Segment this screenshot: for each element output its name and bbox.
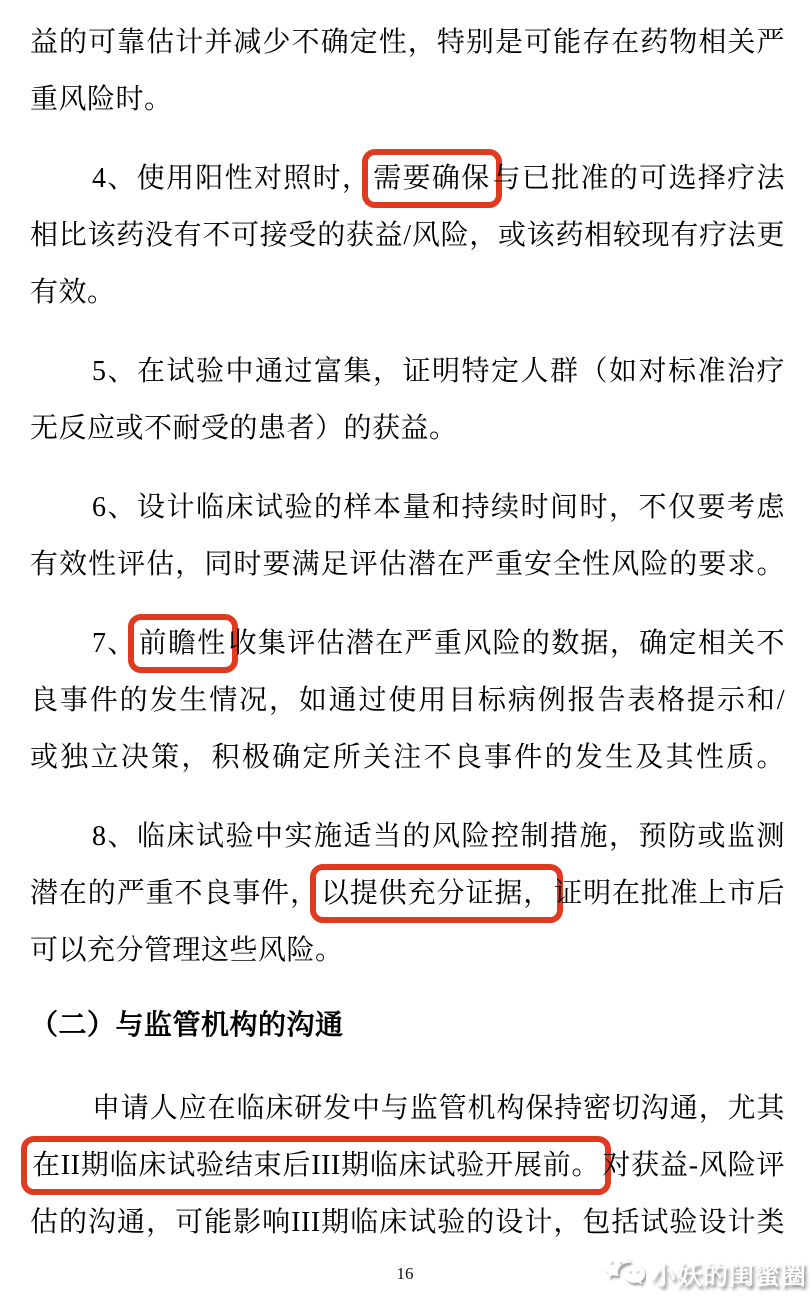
text-segment: 无反应或不耐受的患者）的获益。 bbox=[30, 413, 458, 444]
paragraph: 8、临床试验中实施适当的风险控制措施，预防或监测潜在的严重不良事件，以提供充分证… bbox=[30, 808, 785, 979]
text-segment: 有效性评估，同时要满足评估潜在严重安全性风险的要求。 bbox=[30, 549, 785, 580]
text-line: 或独立决策，积极确定所关注不良事件的发生及其性质。 bbox=[30, 729, 785, 786]
text-line: 有效。 bbox=[30, 264, 785, 321]
text-line: 5、在试验中通过富集，证明特定人群（如对标准治疗 bbox=[30, 343, 785, 400]
highlight-box: 在II期临床试验结束后III期临床试验开展前。 bbox=[21, 1136, 611, 1195]
paragraph: 4、使用阳性对照时，需要确保与已批准的可选择疗法相比该药没有不可接受的获益/风险… bbox=[30, 150, 785, 321]
text-line: 6、设计临床试验的样本量和持续时间时，不仅要考虑 bbox=[30, 479, 785, 536]
text-line: （二）与监管机构的沟通 bbox=[30, 997, 785, 1054]
text-line: 申请人应在临床研发中与监管机构保持密切沟通，尤其 bbox=[30, 1080, 785, 1137]
text-segment: 8、临床试验中实施适当的风险控制措施，预防或监测 bbox=[92, 821, 785, 852]
text-line: 可以充分管理这些风险。 bbox=[30, 922, 785, 979]
watermark-text: 小妖的闺蜜圈 bbox=[651, 1256, 807, 1292]
text-line: 益的可靠估计并减少不确定性，特别是可能存在药物相关严 bbox=[30, 14, 785, 71]
text-line: 良事件的发生情况，如通过使用目标病例报告表格提示和/ bbox=[30, 672, 785, 729]
text-segment: 4、使用阳性对照时， bbox=[92, 163, 371, 194]
text-segment: 益的可靠估计并减少不确定性，特别是可能存在药物相关严 bbox=[30, 27, 785, 58]
text-segment: （二）与监管机构的沟通 bbox=[30, 1010, 344, 1041]
text-line: 相比该药没有不可接受的获益/风险，或该药相较现有疗法更 bbox=[30, 207, 785, 264]
paragraph: 7、前瞻性收集评估潜在严重风险的数据，确定相关不良事件的发生情况，如通过使用目标… bbox=[30, 615, 785, 786]
text-line: 重风险时。 bbox=[30, 71, 785, 128]
paragraph: 益的可靠估计并减少不确定性，特别是可能存在药物相关严重风险时。 bbox=[30, 14, 785, 128]
text-segment: 良事件的发生情况，如通过使用目标病例报告表格提示和/ bbox=[30, 685, 785, 716]
watermark: 小妖的闺蜜圈 bbox=[602, 1252, 807, 1295]
text-segment: 证明在批准上市后 bbox=[554, 878, 785, 909]
text-line: 有效性评估，同时要满足评估潜在严重安全性风险的要求。 bbox=[30, 536, 785, 593]
highlight-box: 前瞻性 bbox=[128, 614, 238, 673]
text-segment: 申请人应在临床研发中与监管机构保持密切沟通，尤其 bbox=[92, 1093, 785, 1124]
text-segment: 收集评估潜在严重风险的数据，确定相关不 bbox=[229, 628, 785, 659]
text-line: 估的沟通，可能影响III期临床试验的设计，包括试验设计类 bbox=[30, 1194, 785, 1251]
text-line: 8、临床试验中实施适当的风险控制措施，预防或监测 bbox=[30, 808, 785, 865]
text-line: 潜在的严重不良事件，以提供充分证据，证明在批准上市后 bbox=[30, 865, 785, 922]
paragraph: 申请人应在临床研发中与监管机构保持密切沟通，尤其在II期临床试验结束后III期临… bbox=[30, 1080, 785, 1251]
highlight-box: 以提供充分证据， bbox=[310, 864, 563, 923]
text-segment: 估的沟通，可能影响III期临床试验的设计，包括试验设计类 bbox=[30, 1207, 785, 1238]
highlight-box: 需要确保 bbox=[362, 149, 501, 208]
text-segment: 重风险时。 bbox=[30, 84, 173, 115]
document-body: 益的可靠估计并减少不确定性，特别是可能存在药物相关严重风险时。4、使用阳性对照时… bbox=[30, 14, 785, 1251]
text-segment: 相比该药没有不可接受的获益/风险，或该药相较现有疗法更 bbox=[30, 220, 785, 251]
text-segment: 潜在的严重不良事件， bbox=[30, 878, 319, 909]
text-line: 4、使用阳性对照时，需要确保与已批准的可选择疗法 bbox=[30, 150, 785, 207]
text-segment: 对获益-风险评 bbox=[602, 1150, 785, 1181]
text-line: 无反应或不耐受的患者）的获益。 bbox=[30, 400, 785, 457]
text-segment: 6、设计临床试验的样本量和持续时间时，不仅要考虑 bbox=[92, 492, 785, 523]
paragraph: 5、在试验中通过富集，证明特定人群（如对标准治疗无反应或不耐受的患者）的获益。 bbox=[30, 343, 785, 457]
text-segment: 可以充分管理这些风险。 bbox=[30, 935, 344, 966]
text-segment: 有效。 bbox=[30, 277, 116, 308]
text-line: 7、前瞻性收集评估潜在严重风险的数据，确定相关不 bbox=[30, 615, 785, 672]
text-line: 在II期临床试验结束后III期临床试验开展前。对获益-风险评 bbox=[30, 1137, 785, 1194]
section-heading: （二）与监管机构的沟通 bbox=[30, 997, 785, 1054]
text-segment: 或独立决策，积极确定所关注不良事件的发生及其性质。 bbox=[30, 742, 785, 773]
text-segment: 与已批准的可选择疗法 bbox=[493, 163, 785, 194]
paragraph: 6、设计临床试验的样本量和持续时间时，不仅要考虑有效性评估，同时要满足评估潜在严… bbox=[30, 479, 785, 593]
text-segment: 5、在试验中通过富集，证明特定人群（如对标准治疗 bbox=[92, 356, 785, 387]
wechat-logo-icon bbox=[602, 1252, 646, 1295]
